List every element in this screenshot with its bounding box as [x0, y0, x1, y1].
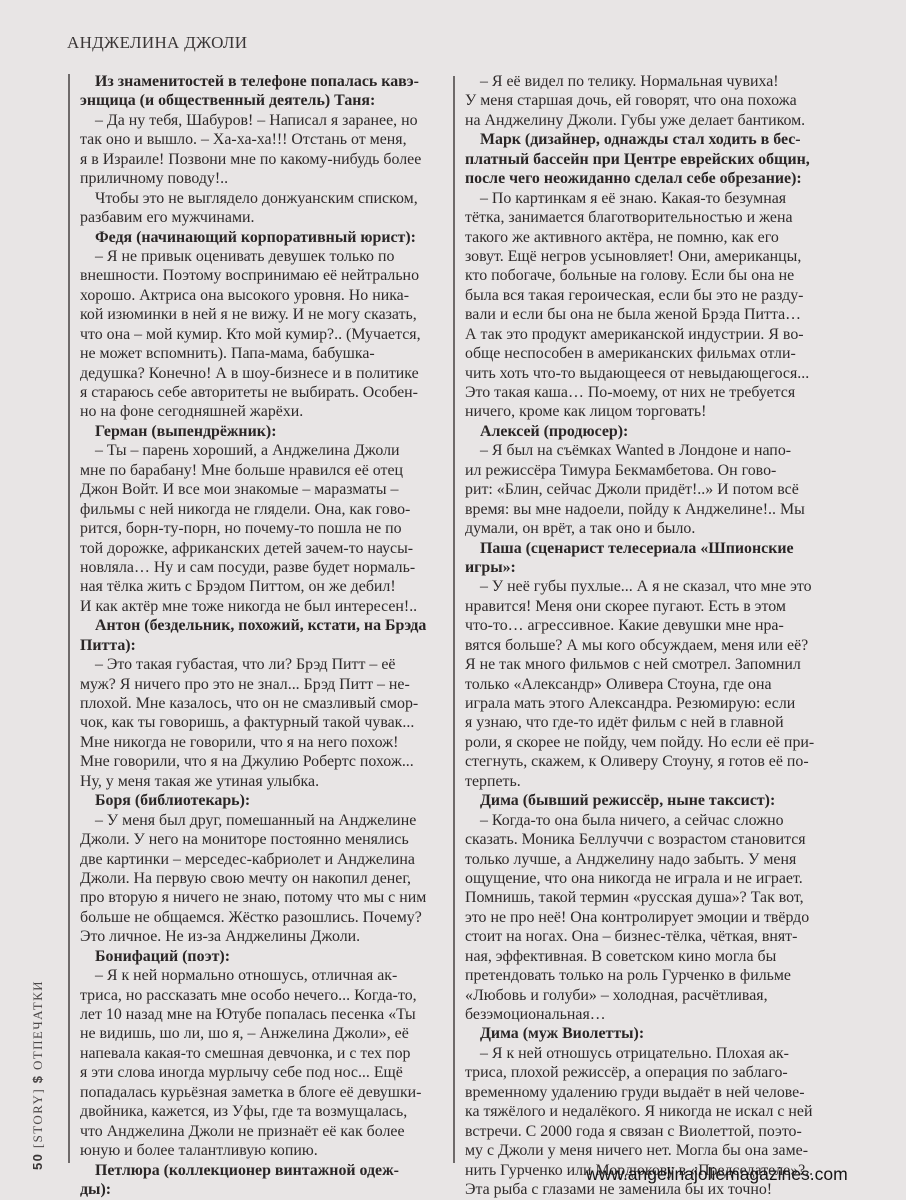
text-line: А так это продукт американской индустрии…: [465, 325, 830, 344]
speaker-heading-line: Паша (сценарист телесериала «Шпионские: [465, 539, 830, 558]
dollar-separator-icon: $: [30, 1075, 45, 1084]
text-line: я в Израиле! Позвони мне по какому-нибуд…: [80, 150, 440, 169]
text-line: встречи. С 2000 года я связан с Виолетто…: [465, 1122, 830, 1141]
section-label: [STORY]: [30, 1088, 45, 1148]
text-line: Помнишь, такой термин «русская душа»? Та…: [465, 888, 830, 907]
text-line: сказать. Моника Беллуччи с возрастом ста…: [465, 830, 830, 849]
text-line: двойника, кажется, из Уфы, где та возмущ…: [80, 1102, 440, 1121]
text-line: на Анджелину Джоли. Губы уже делает бант…: [465, 111, 830, 130]
text-line: И как актёр мне тоже никогда не был инте…: [80, 597, 440, 616]
speaker-heading-line: энщица (и общественный деятель) Таня:: [80, 91, 440, 110]
text-line: У меня старшая дочь, ей говорят, что она…: [465, 91, 830, 110]
text-line: плохой. Мне казалось, что он не смазливы…: [80, 694, 440, 713]
text-line: – Да ну тебя, Шабуров! – Написал я заран…: [80, 111, 440, 130]
text-line: попадалась курьёзная заметка в блоге её …: [80, 1083, 440, 1102]
text-line: стоит на ногах. Она – бизнес-тёлка, чётк…: [465, 927, 830, 946]
text-line: Джоли. На первую свою мечту он накопил д…: [80, 869, 440, 888]
text-line: нравится! Меня они скорее пугают. Есть в…: [465, 597, 830, 616]
text-line: я эти слова иногда мурлычу себе под нос.…: [80, 1063, 440, 1082]
text-line: – Когда-то она была ничего, а сейчас сло…: [465, 811, 830, 830]
speaker-heading-line: Алексей (продюсер):: [465, 422, 830, 441]
speaker-heading-line: Петлюра (коллекционер винтажной одеж-: [80, 1161, 440, 1180]
text-line: стегнуть, скажем, к Оливеру Стоуну, я го…: [465, 752, 830, 771]
text-line: ная, эффективная. В советском кино могла…: [465, 947, 830, 966]
text-line: чить хоть что-то выдающееся от невыдающе…: [465, 364, 830, 383]
text-line: мне по барабану! Мне больше нравился её …: [80, 461, 440, 480]
text-line: Джон Войт. И все мои знакомые – маразмат…: [80, 480, 440, 499]
speaker-heading-line: ды):: [80, 1180, 440, 1199]
text-line: – У неё губы пухлые... А я не сказал, чт…: [465, 577, 830, 596]
text-line: напевала какая-то смешная девчонка, и с …: [80, 1044, 440, 1063]
text-line: обще неспособен в американских фильмах о…: [465, 344, 830, 363]
text-line: две картинки – мерседес-кабриолет и Андж…: [80, 850, 440, 869]
text-line: ил режиссёра Тимура Бекмамбетова. Он гов…: [465, 461, 830, 480]
text-line: ная тёлка жить с Брэдом Питтом, он же де…: [80, 577, 440, 596]
speaker-heading-line: Дима (муж Виолетты):: [465, 1024, 830, 1043]
text-line: Мне говорили, что я на Джулию Робертс по…: [80, 752, 440, 771]
text-line: только «Александр» Оливера Стоуна, где о…: [465, 675, 830, 694]
speaker-heading-line: Боря (библиотекарь):: [80, 791, 440, 810]
speaker-heading-line: платный бассейн при Центре еврейских общ…: [465, 150, 830, 169]
speaker-heading-line: Из знаменитостей в телефоне попалась кав…: [80, 72, 440, 91]
page-folio: 50 [STORY] $ ОТПЕЧАТКИ: [30, 980, 46, 1170]
text-line: вятся больше? А мы кого обсуждаем, меня …: [465, 636, 830, 655]
text-line: рится, борн-ту-порн, но почему-то пошла …: [80, 519, 440, 538]
text-line: – У меня был друг, помешанный на Анджели…: [80, 811, 440, 830]
speaker-heading-line: Питта):: [80, 636, 440, 655]
text-line: не может вспомнить). Папа-мама, бабушка-: [80, 344, 440, 363]
text-line: юную и более талантливую копию.: [80, 1141, 440, 1160]
text-line: про вторую я ничего не знаю, потому что …: [80, 888, 440, 907]
text-line: я узнаю, что где-то идёт фильм с ней в г…: [465, 713, 830, 732]
text-line: кто побогаче, больные на голову. Если бы…: [465, 266, 830, 285]
text-line: роли, я скорее не пойду, чем пойду. Но е…: [465, 733, 830, 752]
left-column-text: Из знаменитостей в телефоне попалась кав…: [80, 72, 440, 1199]
right-column-text: – Я её видел по телику. Нормальная чувих…: [465, 72, 830, 1199]
text-line: зовут. Ещё негров усыновляет! Они, амери…: [465, 247, 830, 266]
text-line: временному удалению груди выдаёт в ней ч…: [465, 1083, 830, 1102]
text-line: Мне никогда не говорили, что я на него п…: [80, 733, 440, 752]
speaker-heading-line: Антон (бездельник, похожий, кстати, на Б…: [80, 616, 440, 635]
middle-column-rule: [453, 76, 455, 1163]
text-line: приличному поводу!..: [80, 169, 440, 188]
text-line: – Я был на съёмках Wanted в Лондоне и на…: [465, 441, 830, 460]
text-line: новляла… Ну и сам посуди, разве будет но…: [80, 558, 440, 577]
text-line: триса, но рассказать мне особо нечего...…: [80, 986, 440, 1005]
text-line: играла мать этого Александра. Резюмирую:…: [465, 694, 830, 713]
text-line: терпеть.: [465, 772, 830, 791]
text-line: му с Джоли у меня ничего нет. Могла бы о…: [465, 1141, 830, 1160]
text-line: ничего, кроме как лицом торговать!: [465, 402, 830, 421]
text-line: внешности. Поэтому воспринимаю её нейтра…: [80, 266, 440, 285]
text-line: лет 10 назад мне на Ютубе попалась песен…: [80, 1005, 440, 1024]
text-line: чок, как ты говоришь, а фактурный такой …: [80, 713, 440, 732]
text-line: что она – мой кумир. Кто мой кумир?.. (М…: [80, 325, 440, 344]
text-line: я стараюсь себе авторитеты не выбирать. …: [80, 383, 440, 402]
magazine-page: АНДЖЕЛИНА ДЖОЛИ Из знаменитостей в телеф…: [0, 0, 906, 1200]
text-line: что-то… агрессивное. Какие девушки мне н…: [465, 616, 830, 635]
text-line: – Это такая губастая, что ли? Брэд Питт …: [80, 655, 440, 674]
text-line: только лучше, а Анджелину надо забыть. У…: [465, 850, 830, 869]
text-line: претендовать только на роль Гурченко в ф…: [465, 966, 830, 985]
speaker-heading-line: игры»:: [465, 558, 830, 577]
text-line: Чтобы это не выглядело донжуанским списк…: [80, 189, 440, 208]
text-line: Джоли. У него на мониторе постоянно меня…: [80, 830, 440, 849]
text-line: ощущение, что она никогда не играла и не…: [465, 869, 830, 888]
speaker-heading-line: после чего неожиданно сделал себе обреза…: [465, 169, 830, 188]
text-line: той дорожке, африканских детей зачем-то …: [80, 539, 440, 558]
text-line: вали и если бы она не была женой Брэда П…: [465, 305, 830, 324]
text-line: – Ты – парень хороший, а Анджелина Джоли: [80, 441, 440, 460]
text-line: ка тяжёлого и недалёкого. Я никогда не и…: [465, 1102, 830, 1121]
text-line: рит: «Блин, сейчас Джоли придёт!..» И по…: [465, 480, 830, 499]
left-column-rule: [68, 74, 70, 1163]
text-line: тётка, занимается благотворительностью и…: [465, 208, 830, 227]
text-line: безэмоциональная…: [465, 1005, 830, 1024]
text-line: такого же активного актёра, не помню, ка…: [465, 228, 830, 247]
speaker-heading-line: Марк (дизайнер, однажды стал ходить в бе…: [465, 130, 830, 149]
text-line: Это личное. Не из-за Анджелины Джоли.: [80, 927, 440, 946]
text-line: – Я к ней отношусь отрицательно. Плохая …: [465, 1044, 830, 1063]
text-line: – По картинкам я её знаю. Какая-то безум…: [465, 189, 830, 208]
page-number: 50: [30, 1153, 45, 1170]
text-line: разбавим его мужчинами.: [80, 208, 440, 227]
watermark-url: www.angelinajoliemagazines.com: [586, 1164, 848, 1185]
text-line: – Я к ней нормально отношусь, отличная а…: [80, 966, 440, 985]
text-line: триса, плохой режиссёр, а операция по за…: [465, 1063, 830, 1082]
running-title: АНДЖЕЛИНА ДЖОЛИ: [67, 33, 247, 53]
text-line: думали, он врёт, а так оно и было.: [465, 519, 830, 538]
text-line: – Я её видел по телику. Нормальная чувих…: [465, 72, 830, 91]
text-line: время: вы мне надоели, пойду к Анджелине…: [465, 500, 830, 519]
text-line: так оно и вышло. – Ха-ха-ха!!! Отстань о…: [80, 130, 440, 149]
text-line: это не про неё! Она контролирует эмоции …: [465, 908, 830, 927]
text-line: хорошо. Актриса она высокого уровня. Но …: [80, 286, 440, 305]
text-line: не видишь, шо ли, шо я, – Анжелина Джоли…: [80, 1024, 440, 1043]
speaker-heading-line: Федя (начинающий корпоративный юрист):: [80, 228, 440, 247]
speaker-heading-line: Дима (бывший режиссёр, ныне таксист):: [465, 791, 830, 810]
text-line: но на фоне сегодняшней жарёхи.: [80, 402, 440, 421]
text-line: кой изюминки в ней я не вижу. И не могу …: [80, 305, 440, 324]
speaker-heading-line: Бонифаций (поэт):: [80, 947, 440, 966]
text-line: «Любовь и голуби» – холодная, расчётлива…: [465, 986, 830, 1005]
text-line: фильмы с ней никогда не глядели. Она, ка…: [80, 500, 440, 519]
text-line: больше не общаемся. Жёстко разошлись. По…: [80, 908, 440, 927]
text-line: Это такая каша… По-моему, от них не треб…: [465, 383, 830, 402]
text-line: что Анджелина Джоли не признаёт её как б…: [80, 1122, 440, 1141]
rubric-label: ОТПЕЧАТКИ: [30, 980, 45, 1070]
text-line: – Я не привык оценивать девушек только п…: [80, 247, 440, 266]
text-line: Я не так много фильмов с ней смотрел. За…: [465, 655, 830, 674]
text-line: была вся такая героическая, если бы это …: [465, 286, 830, 305]
text-line: дедушка? Конечно! А в шоу-бизнесе и в по…: [80, 364, 440, 383]
text-line: муж? Я ничего про это не знал... Брэд Пи…: [80, 675, 440, 694]
text-line: Ну, у меня такая же утиная улыбка.: [80, 772, 440, 791]
speaker-heading-line: Герман (выпендрёжник):: [80, 422, 440, 441]
